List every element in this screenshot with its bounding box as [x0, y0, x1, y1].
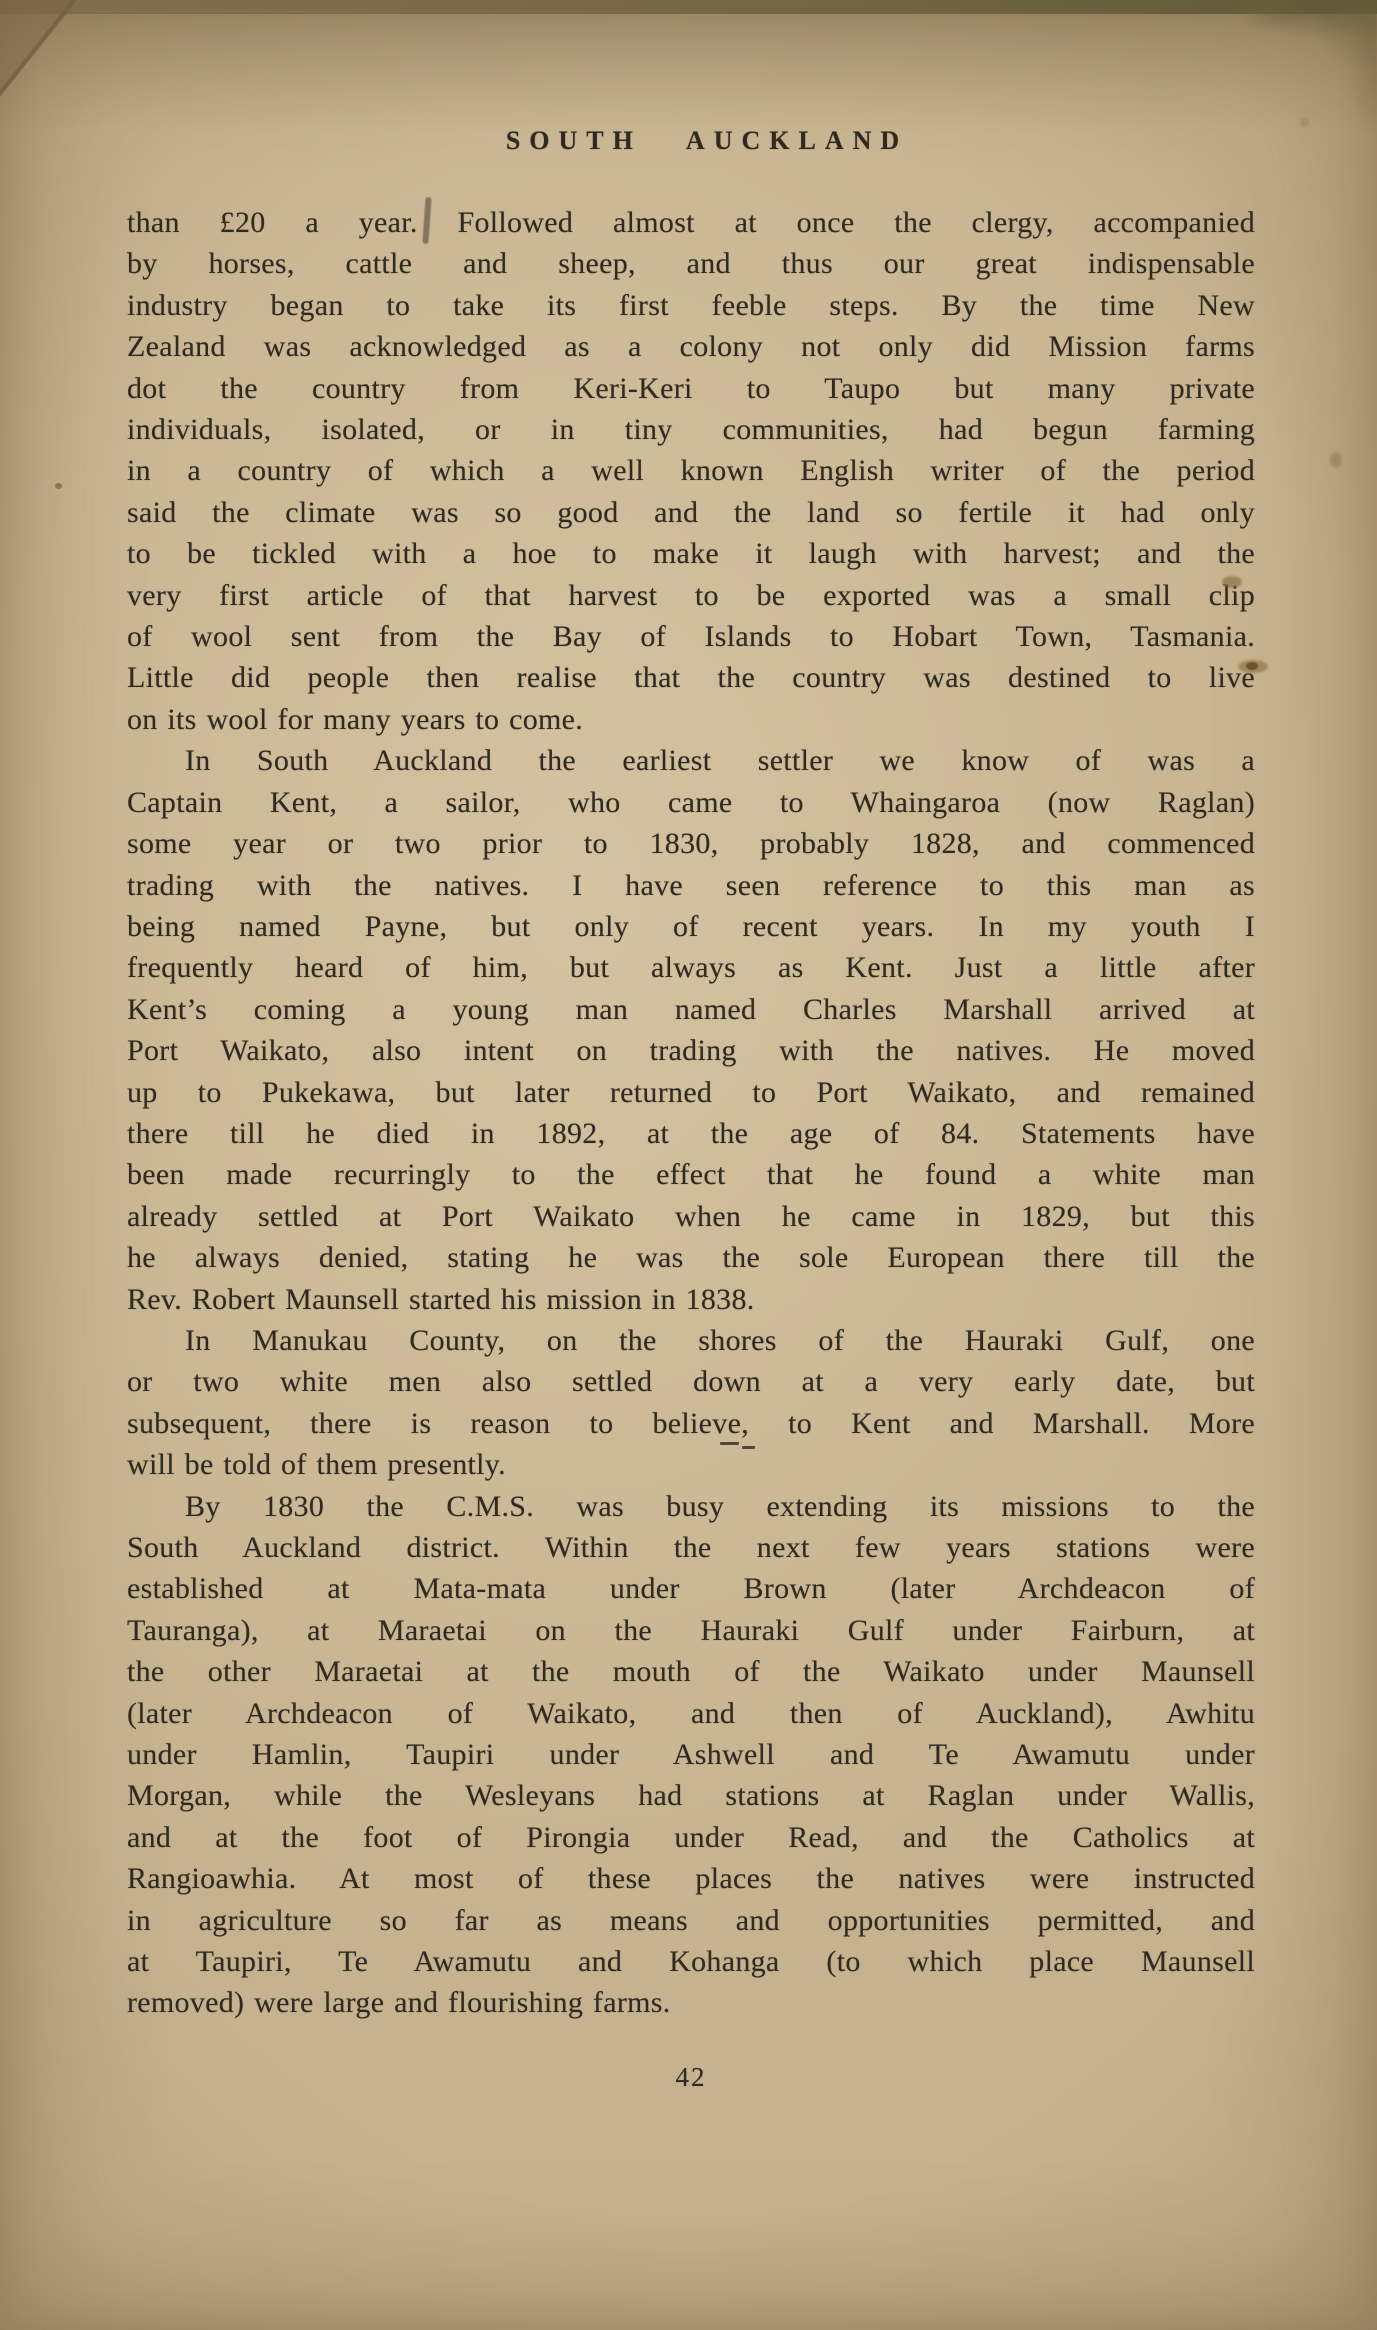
- text-line: very first article of that harvest to be…: [127, 575, 1255, 616]
- text-line: trading with the natives. I have seen re…: [127, 865, 1255, 906]
- text-line: frequently heard of him, but always as K…: [127, 947, 1255, 988]
- text-line: of wool sent from the Bay of Islands to …: [127, 616, 1255, 657]
- text-line: South Auckland district. Within the next…: [127, 1527, 1255, 1568]
- text-line: Zealand was acknowledged as a colony not…: [127, 326, 1255, 367]
- text-line: by horses, cattle and sheep, and thus ou…: [127, 243, 1255, 284]
- text-line: said the climate was so good and the lan…: [127, 492, 1255, 533]
- text-line: been made recurringly to the effect that…: [127, 1154, 1255, 1195]
- text-line: established at Mata-mata under Brown (la…: [127, 1568, 1255, 1609]
- text-line: Morgan, while the Wesleyans had stations…: [127, 1775, 1255, 1816]
- text-line: Kent’s coming a young man named Charles …: [127, 989, 1255, 1030]
- text-line: Rangioawhia. At most of these places the…: [127, 1858, 1255, 1899]
- text-line: in agriculture so far as means and oppor…: [127, 1900, 1255, 1941]
- scanned-book-page: SOUTH AUCKLAND than £20 a year. Followed…: [0, 0, 1377, 2330]
- text-line: Little did people then realise that the …: [127, 657, 1255, 698]
- text-line: being named Payne, but only of recent ye…: [127, 906, 1255, 947]
- text-line: In South Auckland the earliest settler w…: [127, 740, 1255, 781]
- text-line: In Manukau County, on the shores of the …: [127, 1320, 1255, 1361]
- text-line: he always denied, stating he was the sol…: [127, 1237, 1255, 1278]
- text-line: dot the country from Keri-Keri to Taupo …: [127, 368, 1255, 409]
- text-line: Rev. Robert Maunsell started his mission…: [127, 1279, 1255, 1320]
- background-cloth-corner: [1117, 0, 1377, 130]
- text-line: Port Waikato, also intent on trading wit…: [127, 1030, 1255, 1071]
- page-number: 42: [127, 2062, 1255, 2093]
- margin-speck: [55, 483, 62, 489]
- pencil-underline-mark: [742, 1446, 755, 1449]
- text-line: at Taupiri, Te Awamutu and Kohanga (to w…: [127, 1941, 1255, 1982]
- running-header-title: SOUTH AUCKLAND: [127, 126, 1287, 156]
- text-line: there till he died in 1892, at the age o…: [127, 1113, 1255, 1154]
- text-line: By 1830 the C.M.S. was busy extending it…: [127, 1486, 1255, 1527]
- text-line: already settled at Port Waikato when he …: [127, 1196, 1255, 1237]
- text-line: the other Maraetai at the mouth of the W…: [127, 1651, 1255, 1692]
- text-line: some year or two prior to 1830, probably…: [127, 823, 1255, 864]
- text-line: up to Pukekawa, but later returned to Po…: [127, 1072, 1255, 1113]
- text-line: individuals, isolated, or in tiny commun…: [127, 409, 1255, 450]
- text-line: on its wool for many years to come.: [127, 699, 1255, 740]
- text-line: or two white men also settled down at a …: [127, 1361, 1255, 1402]
- text-line: (later Archdeacon of Waikato, and then o…: [127, 1693, 1255, 1734]
- body-text: than £20 a year. Followed almost at once…: [127, 202, 1255, 2024]
- text-line: under Hamlin, Taupiri under Ashwell and …: [127, 1734, 1255, 1775]
- text-line: removed) were large and flourishing farm…: [127, 1982, 1255, 2023]
- text-line: subsequent, there is reason to believe, …: [127, 1403, 1255, 1444]
- text-line: Tauranga), at Maraetai on the Hauraki Gu…: [127, 1610, 1255, 1651]
- pencil-underline-mark: [720, 1442, 739, 1445]
- text-line: Captain Kent, a sailor, who came to Whai…: [127, 782, 1255, 823]
- text-line: industry began to take its first feeble …: [127, 285, 1255, 326]
- text-line: in a country of which a well known Engli…: [127, 450, 1255, 491]
- text-line: and at the foot of Pirongia under Read, …: [127, 1817, 1255, 1858]
- foxing-stain: [1300, 118, 1309, 127]
- foxing-stain: [1246, 662, 1258, 670]
- foxing-stain: [1222, 576, 1242, 588]
- text-line: than £20 a year. Followed almost at once…: [127, 202, 1255, 243]
- text-line: to be tickled with a hoe to make it laug…: [127, 533, 1255, 574]
- text-line: will be told of them presently.: [127, 1444, 1255, 1485]
- foxing-stain: [1330, 452, 1342, 468]
